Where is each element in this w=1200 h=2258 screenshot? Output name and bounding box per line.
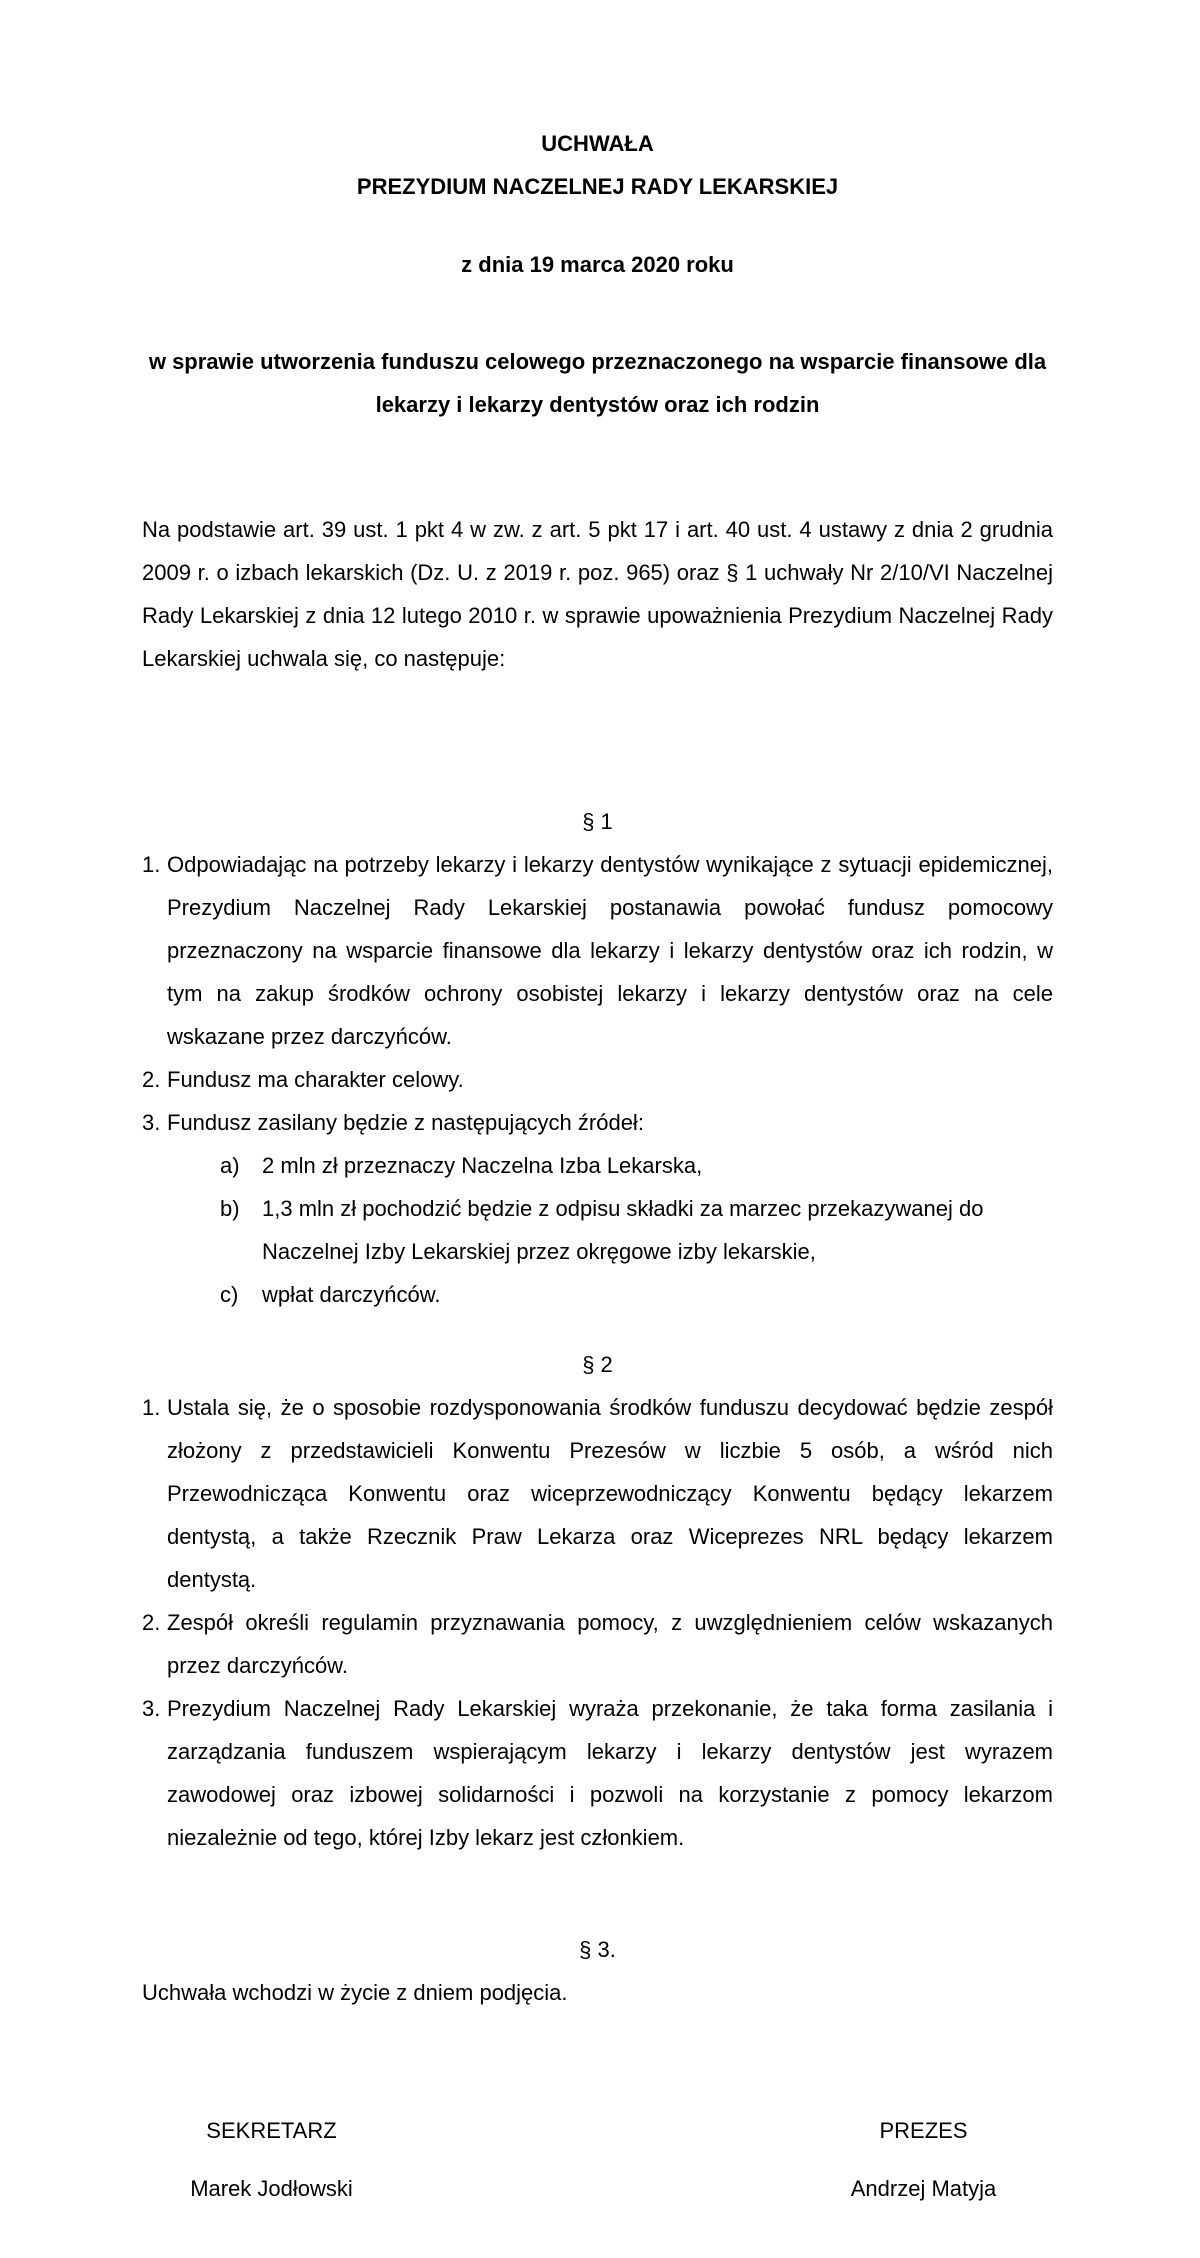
enacting-clause: Uchwała wchodzi w życie z dniem podjęcia… — [142, 1971, 1053, 2014]
signature-name: Andrzej Matyja — [794, 2167, 1053, 2210]
subitem-text: 1,3 mln zł pochodzić będzie z odpisu skł… — [262, 1187, 1053, 1273]
item-text: Fundusz zasilany będzie z następujących … — [167, 1101, 1053, 1144]
list-item: 1. Odpowiadając na potrzeby lekarzy i le… — [142, 843, 1053, 1058]
item-marker: 2. — [142, 1058, 167, 1101]
signature-president: PREZES Andrzej Matyja — [794, 2109, 1053, 2210]
title-line-2: PREZYDIUM NACZELNEJ RADY LEKARSKIEJ — [142, 165, 1053, 208]
document-subject: w sprawie utworzenia funduszu celowego p… — [142, 340, 1053, 426]
list-item: 2. Fundusz ma charakter celowy. — [142, 1058, 1053, 1101]
item-text: Odpowiadając na potrzeby lekarzy i lekar… — [167, 843, 1053, 1058]
item-marker: 2. — [142, 1601, 167, 1644]
signature-name: Marek Jodłowski — [142, 2167, 401, 2210]
document-date: z dnia 19 marca 2020 roku — [142, 243, 1053, 286]
item-marker: 3. — [142, 1687, 167, 1730]
document-title: UCHWAŁA PREZYDIUM NACZELNEJ RADY LEKARSK… — [142, 122, 1053, 208]
section-2-list: 1. Ustala się, że o sposobie rozdysponow… — [142, 1386, 1053, 1859]
list-item: 1. Ustala się, że o sposobie rozdysponow… — [142, 1386, 1053, 1601]
preamble-paragraph: Na podstawie art. 39 ust. 1 pkt 4 w zw. … — [142, 508, 1053, 680]
item-text: Ustala się, że o sposobie rozdysponowani… — [167, 1386, 1053, 1601]
signature-role: SEKRETARZ — [142, 2109, 401, 2152]
subitem-text: 2 mln zł przeznaczy Naczelna Izba Lekars… — [262, 1144, 1053, 1187]
section-1-list: 1. Odpowiadając na potrzeby lekarzy i le… — [142, 843, 1053, 1316]
sub-list-item: c) wpłat darczyńców. — [220, 1273, 1053, 1316]
document-page: UCHWAŁA PREZYDIUM NACZELNEJ RADY LEKARSK… — [0, 0, 1200, 2258]
item-marker: 1. — [142, 1386, 167, 1429]
item-marker: 1. — [142, 843, 167, 886]
subitem-marker: a) — [220, 1144, 262, 1187]
subitem-text: wpłat darczyńców. — [262, 1273, 1053, 1316]
signatures-row: SEKRETARZ Marek Jodłowski PREZES Andrzej… — [142, 2109, 1053, 2210]
item-text: Fundusz ma charakter celowy. — [167, 1058, 1053, 1101]
item-text: Zespół określi regulamin przyznawania po… — [167, 1601, 1053, 1687]
section-3-heading: § 3. — [142, 1928, 1053, 1971]
item-text: Prezydium Naczelnej Rady Lekarskiej wyra… — [167, 1687, 1053, 1859]
section-1-sublist: a) 2 mln zł przeznaczy Naczelna Izba Lek… — [142, 1144, 1053, 1316]
subitem-marker: c) — [220, 1273, 262, 1316]
signature-secretary: SEKRETARZ Marek Jodłowski — [142, 2109, 401, 2210]
sub-list-item: b) 1,3 mln zł pochodzić będzie z odpisu … — [220, 1187, 1053, 1273]
subitem-marker: b) — [220, 1187, 262, 1230]
list-item: 3. Fundusz zasilany będzie z następujący… — [142, 1101, 1053, 1144]
item-marker: 3. — [142, 1101, 167, 1144]
section-2-heading: § 2 — [142, 1343, 1053, 1386]
signature-role: PREZES — [794, 2109, 1053, 2152]
section-1-heading: § 1 — [142, 800, 1053, 843]
sub-list-item: a) 2 mln zł przeznaczy Naczelna Izba Lek… — [220, 1144, 1053, 1187]
list-item: 3. Prezydium Naczelnej Rady Lekarskiej w… — [142, 1687, 1053, 1859]
document-content: UCHWAŁA PREZYDIUM NACZELNEJ RADY LEKARSK… — [0, 0, 1200, 2210]
list-item: 2. Zespół określi regulamin przyznawania… — [142, 1601, 1053, 1687]
title-line-1: UCHWAŁA — [142, 122, 1053, 165]
